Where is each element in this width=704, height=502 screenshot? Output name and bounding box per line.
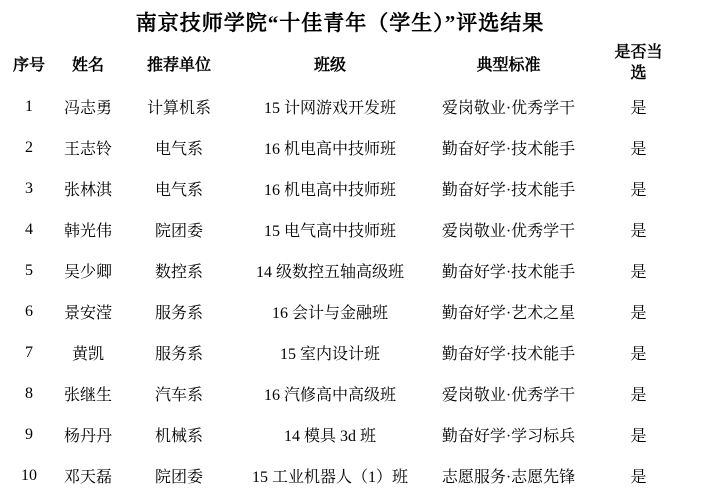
cell-recommending-unit: 服务系	[118, 300, 240, 323]
cell-elected: 是	[597, 382, 680, 405]
cell-serial-number: 9	[0, 426, 58, 444]
cell-class: 14 模具 3d 班	[240, 423, 420, 446]
table-body: 1 冯志勇 计算机系 15 计网游戏开发班 爱岗敬业·优秀学干 是 2 王志铃 …	[0, 86, 680, 496]
table-row: 10 邓天磊 院团委 15 工业机器人（1）班 志愿服务·志愿先锋 是	[0, 455, 680, 496]
cell-serial-number: 7	[0, 344, 58, 362]
cell-serial-number: 8	[0, 385, 58, 403]
cell-serial-number: 1	[0, 98, 58, 116]
cell-student-name: 吴少卿	[58, 259, 118, 282]
cell-serial-number: 5	[0, 262, 58, 280]
cell-student-name: 韩光伟	[58, 218, 118, 241]
table-row: 9 杨丹丹 机械系 14 模具 3d 班 勤奋好学·学习标兵 是	[0, 414, 680, 455]
cell-elected: 是	[597, 341, 680, 364]
cell-typical-standard: 勤奋好学·技术能手	[420, 259, 597, 282]
header-elected-label: 是否当选	[614, 42, 664, 84]
cell-student-name: 杨丹丹	[58, 423, 118, 446]
cell-student-name: 王志铃	[58, 136, 118, 159]
cell-serial-number: 4	[0, 221, 58, 239]
cell-elected: 是	[597, 177, 680, 200]
table-row: 7 黄凯 服务系 15 室内设计班 勤奋好学·技术能手 是	[0, 332, 680, 373]
page-title: 南京技师学院“十佳青年（学生）”评选结果	[0, 6, 680, 40]
cell-class: 16 机电高中技师班	[240, 136, 420, 159]
cell-class: 15 室内设计班	[240, 341, 420, 364]
table-row: 5 吴少卿 数控系 14 级数控五轴高级班 勤奋好学·技术能手 是	[0, 250, 680, 291]
cell-elected: 是	[597, 259, 680, 282]
cell-typical-standard: 爱岗敬业·优秀学干	[420, 382, 597, 405]
cell-typical-standard: 勤奋好学·艺术之星	[420, 300, 597, 323]
cell-recommending-unit: 院团委	[118, 218, 240, 241]
table-row: 8 张继生 汽车系 16 汽修高中高级班 爱岗敬业·优秀学干 是	[0, 373, 680, 414]
cell-recommending-unit: 服务系	[118, 341, 240, 364]
cell-elected: 是	[597, 464, 680, 487]
cell-recommending-unit: 电气系	[118, 177, 240, 200]
cell-student-name: 邓天磊	[58, 464, 118, 487]
results-table: 序号 姓名 推荐单位 班级 典型标准 是否当选 1 冯志勇 计算机系 15 计网…	[0, 40, 680, 496]
cell-student-name: 张林淇	[58, 177, 118, 200]
header-serial-number: 序号	[0, 52, 58, 75]
cell-class: 15 计网游戏开发班	[240, 95, 420, 118]
cell-class: 16 会计与金融班	[240, 300, 420, 323]
cell-typical-standard: 爱岗敬业·优秀学干	[420, 95, 597, 118]
cell-typical-standard: 勤奋好学·技术能手	[420, 341, 597, 364]
cell-typical-standard: 勤奋好学·技术能手	[420, 177, 597, 200]
cell-typical-standard: 爱岗敬业·优秀学干	[420, 218, 597, 241]
cell-typical-standard: 勤奋好学·学习标兵	[420, 423, 597, 446]
cell-student-name: 景安滢	[58, 300, 118, 323]
cell-typical-standard: 勤奋好学·技术能手	[420, 136, 597, 159]
cell-class: 15 电气高中技师班	[240, 218, 420, 241]
cell-elected: 是	[597, 218, 680, 241]
table-row: 4 韩光伟 院团委 15 电气高中技师班 爱岗敬业·优秀学干 是	[0, 209, 680, 250]
header-typical-standard: 典型标准	[420, 52, 597, 75]
cell-serial-number: 3	[0, 180, 58, 198]
cell-recommending-unit: 计算机系	[118, 95, 240, 118]
cell-serial-number: 6	[0, 303, 58, 321]
cell-serial-number: 10	[0, 467, 58, 485]
document: 南京技师学院“十佳青年（学生）”评选结果 序号 姓名 推荐单位 班级 典型标准 …	[0, 0, 704, 502]
cell-typical-standard: 志愿服务·志愿先锋	[420, 464, 597, 487]
table-row: 6 景安滢 服务系 16 会计与金融班 勤奋好学·艺术之星 是	[0, 291, 680, 332]
cell-recommending-unit: 数控系	[118, 259, 240, 282]
cell-class: 15 工业机器人（1）班	[240, 464, 420, 487]
cell-elected: 是	[597, 300, 680, 323]
cell-class: 14 级数控五轴高级班	[240, 259, 420, 282]
header-student-name: 姓名	[58, 52, 118, 75]
cell-elected: 是	[597, 423, 680, 446]
header-recommending-unit: 推荐单位	[118, 52, 240, 75]
cell-recommending-unit: 汽车系	[118, 382, 240, 405]
cell-serial-number: 2	[0, 139, 58, 157]
cell-class: 16 汽修高中高级班	[240, 382, 420, 405]
cell-recommending-unit: 院团委	[118, 464, 240, 487]
cell-student-name: 黄凯	[58, 341, 118, 364]
table-row: 3 张林淇 电气系 16 机电高中技师班 勤奋好学·技术能手 是	[0, 168, 680, 209]
cell-recommending-unit: 机械系	[118, 423, 240, 446]
cell-student-name: 冯志勇	[58, 95, 118, 118]
cell-recommending-unit: 电气系	[118, 136, 240, 159]
table-row: 1 冯志勇 计算机系 15 计网游戏开发班 爱岗敬业·优秀学干 是	[0, 86, 680, 127]
cell-elected: 是	[597, 95, 680, 118]
cell-student-name: 张继生	[58, 382, 118, 405]
header-class: 班级	[240, 52, 420, 75]
header-elected: 是否当选	[597, 42, 680, 84]
table-row: 2 王志铃 电气系 16 机电高中技师班 勤奋好学·技术能手 是	[0, 127, 680, 168]
table-header-row: 序号 姓名 推荐单位 班级 典型标准 是否当选	[0, 40, 680, 86]
cell-class: 16 机电高中技师班	[240, 177, 420, 200]
cell-elected: 是	[597, 136, 680, 159]
